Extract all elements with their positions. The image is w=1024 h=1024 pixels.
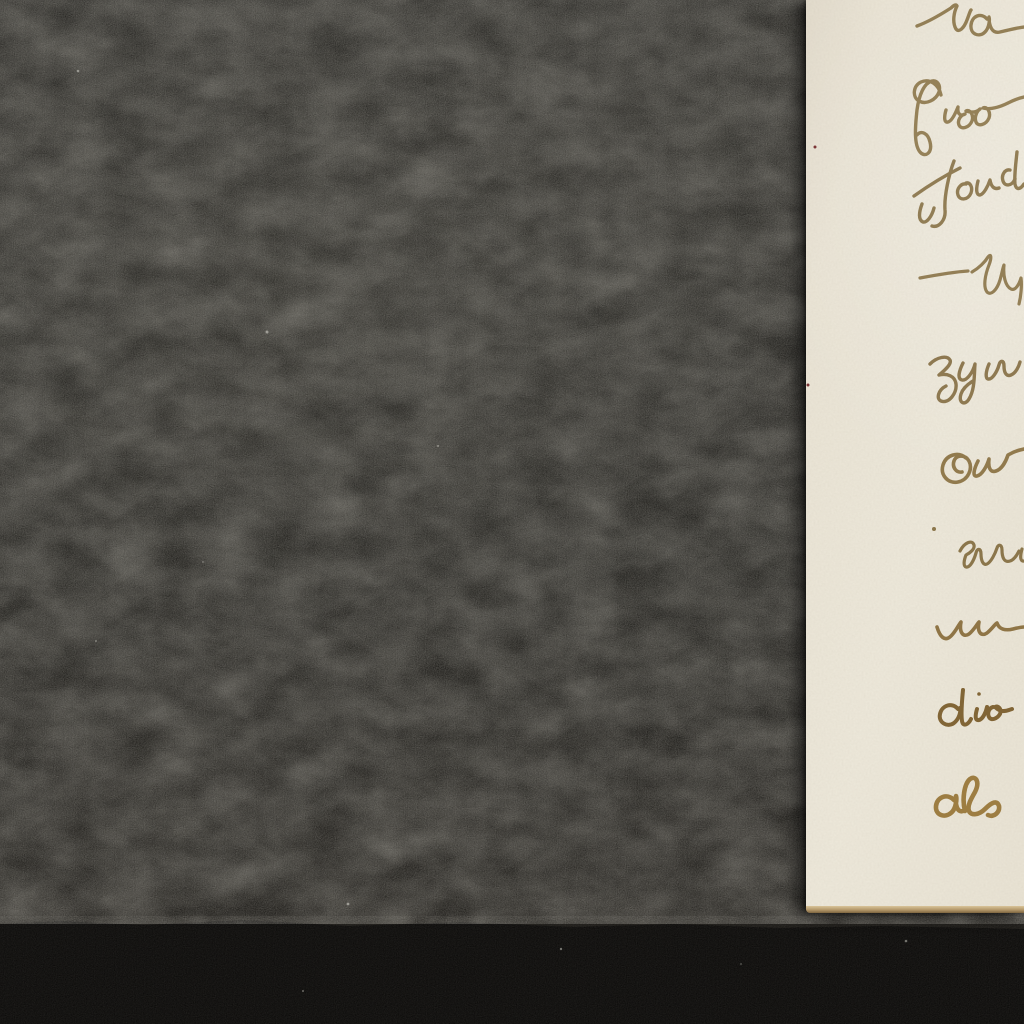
handwritten-word-ou xyxy=(942,449,1024,482)
handwritten-word-va xyxy=(917,5,1024,35)
handwritten-word-zyn xyxy=(930,357,1020,403)
handwritten-word-als xyxy=(936,778,999,816)
letter-paper xyxy=(806,0,1024,913)
photo-stage: va Groo Stond W zyn Ou mi van die als xyxy=(0,0,1024,1024)
paper-bottom-edge xyxy=(806,906,1024,913)
handwritten-word-die xyxy=(940,690,1012,725)
ink-speck-red xyxy=(807,146,817,387)
handwritten-word-stond xyxy=(914,152,1024,226)
shadow-band xyxy=(0,916,1024,1024)
handwritten-word-mi xyxy=(932,527,1024,567)
handwritten-word-w xyxy=(920,255,1021,304)
handwriting-layer xyxy=(806,0,1024,913)
handwritten-word-van xyxy=(937,622,1024,639)
handwritten-word-groo xyxy=(914,81,1024,155)
